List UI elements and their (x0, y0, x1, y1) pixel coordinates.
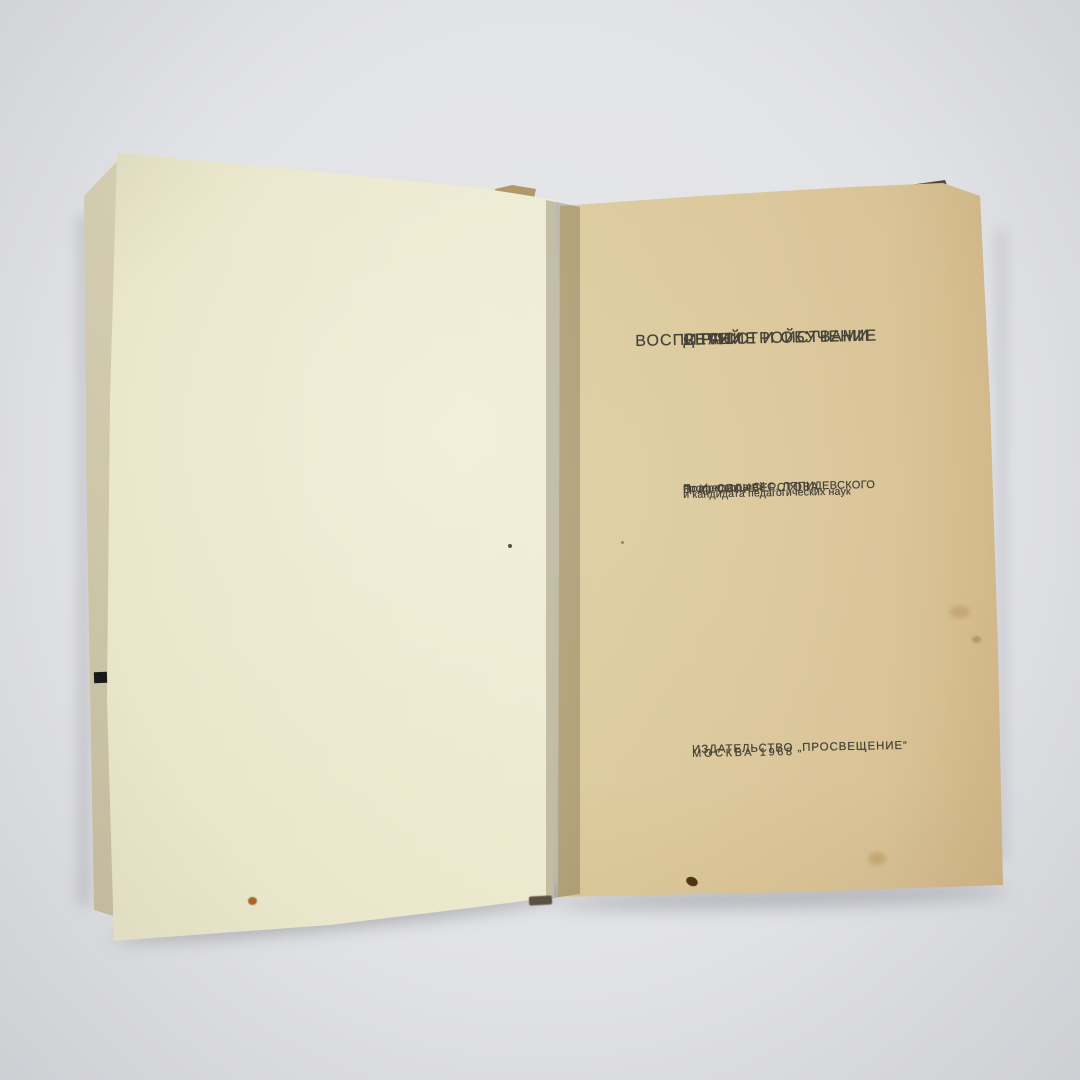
left-page-speck (508, 544, 512, 548)
left-page-rust-stain (248, 897, 257, 905)
right-edge-stain-small (972, 636, 981, 643)
photo-scene: ВОСПИТАНИЕ И ОБУЧЕНИЕ ДЕТЕЙ С РАССТРОЙСТ… (0, 0, 1080, 1080)
right-page-light-stain (868, 852, 886, 865)
cover-black-mark (94, 672, 107, 683)
right-page-speck (621, 541, 624, 544)
book-title-line-4: РЕЧИ (683, 328, 731, 352)
publisher-city-year: МОСКВА 1968 (692, 746, 795, 761)
gutter-bottom-edge-mark (529, 895, 552, 905)
right-edge-stain (950, 606, 970, 618)
